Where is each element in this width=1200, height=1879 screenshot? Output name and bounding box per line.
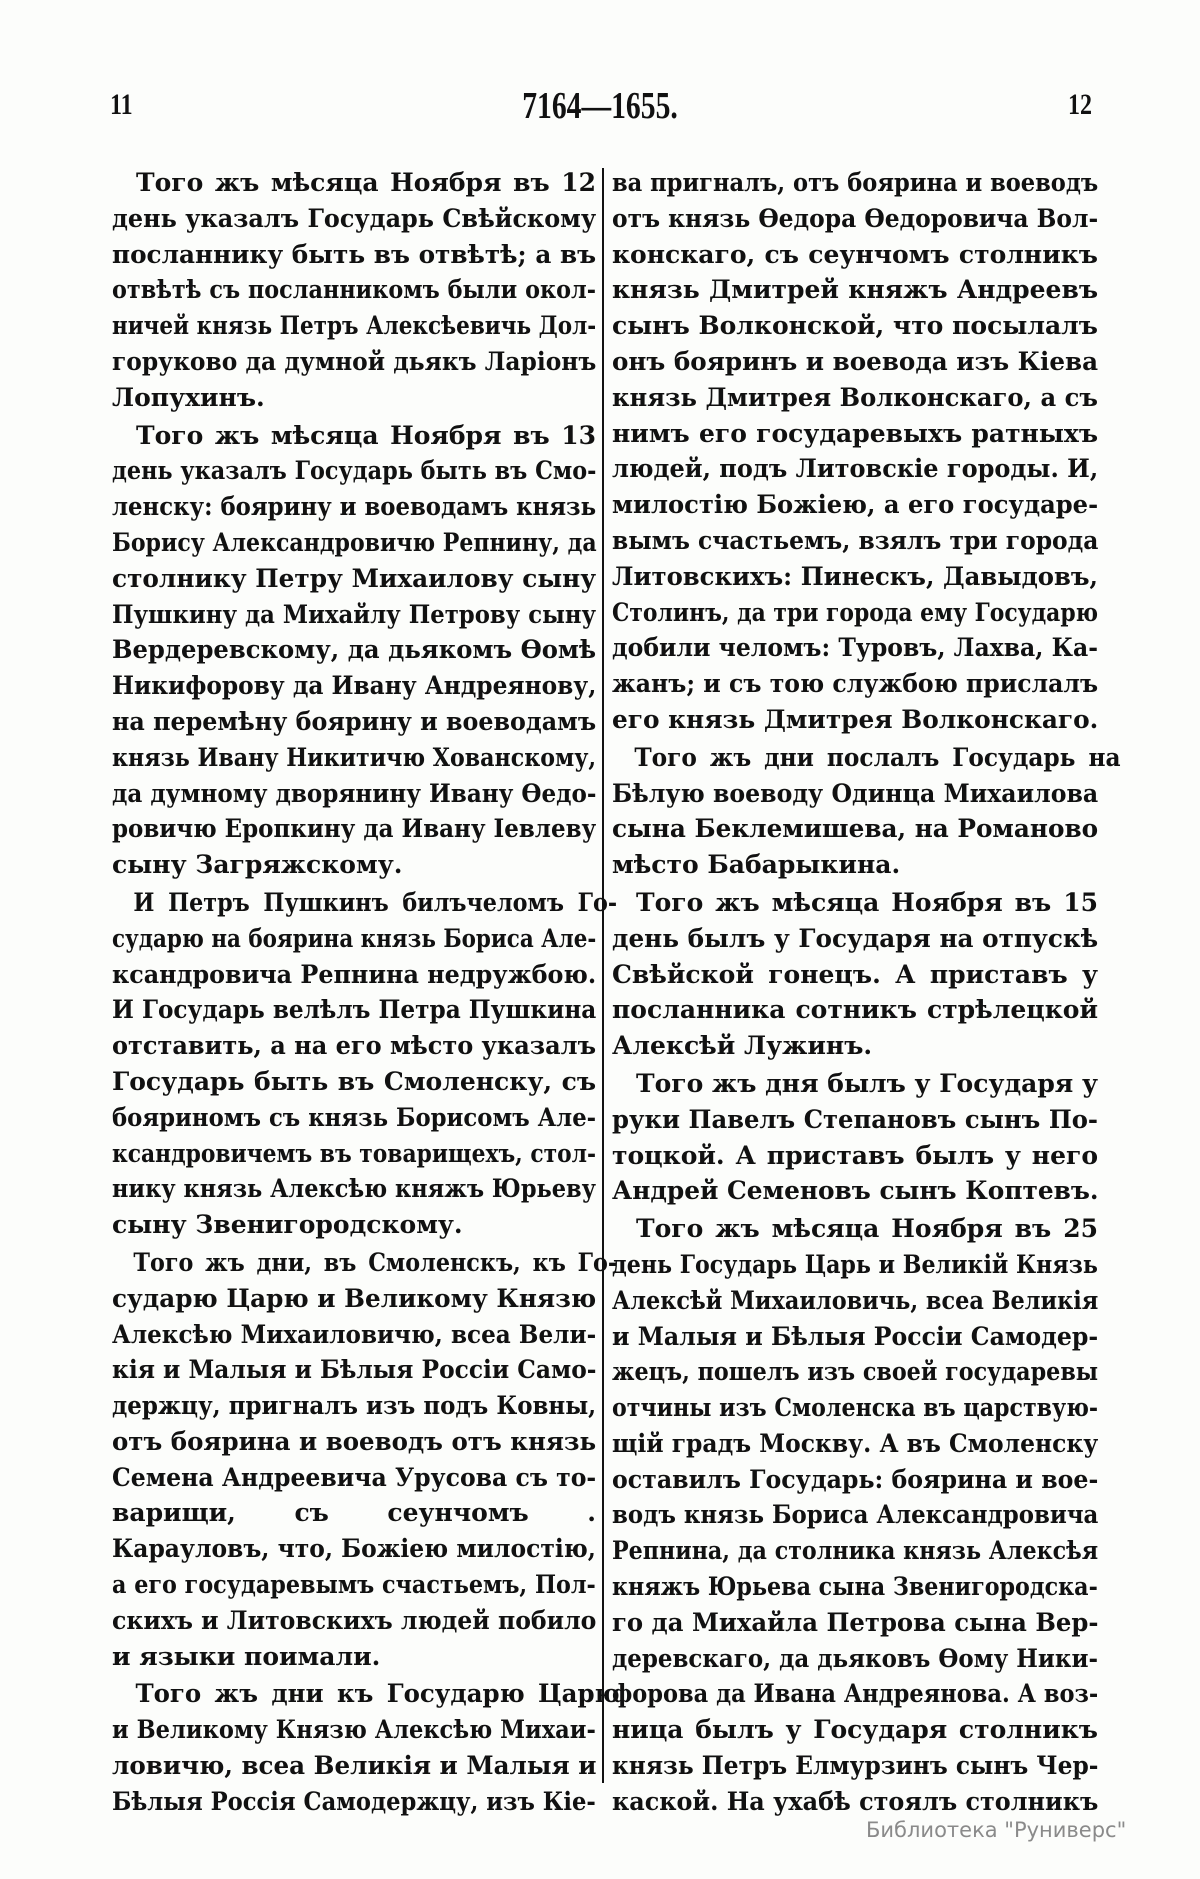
text-line: бояриномъ съ князь Борисомъ Але- (112, 1100, 596, 1136)
text-line: скихъ и Литовскихъ людей побило (112, 1603, 596, 1639)
text-line: Бѣлыя Россія Самодержцу, изъ Кіе- (112, 1784, 596, 1820)
text-line: Того жъ мѣсяца Ноября въ 15 (612, 885, 1098, 921)
text-line: милостію Божіею, а его государе- (612, 487, 1098, 523)
text-line: горуково да думной дьякъ Ларіонъ (112, 344, 596, 380)
text-line: ничей князь Петръ Алексѣевичь Дол- (112, 308, 596, 344)
library-watermark: Библиотека "Руниверс" (866, 1818, 1126, 1842)
text-line: Бѣлую воеводу Одинца Михаилова (612, 776, 1098, 812)
text-line: отъ боярина и воеводъ отъ князь (112, 1424, 596, 1460)
text-line: князь Дмитрей княжъ Андреевъ (612, 272, 1098, 308)
text-line: князь Дмитрея Волконскаго, а съ (612, 380, 1098, 416)
text-line: день указалъ Государь быть въ Смо- (112, 453, 596, 489)
text-line: водъ князь Бориса Александровича (612, 1497, 1098, 1533)
text-line: тоцкой. А приставъ былъ у него (612, 1138, 1098, 1174)
text-line: Государь быть въ Смоленску, съ (112, 1064, 596, 1100)
text-line: Алексѣй Лужинъ. (612, 1028, 1098, 1064)
text-line: ровичю Еропкину да Ивану Іевлеву (112, 811, 596, 847)
text-line: деревскаго, да дьяковъ Ѳому Ники- (612, 1641, 1098, 1677)
text-line: вымъ счастьемъ, взялъ три города (612, 523, 1098, 559)
page-title: 7164—1655. (132, 84, 1068, 128)
text-line: Пушкину да Михайлу Петрову сыну (112, 597, 596, 633)
text-line: а его государевымъ счастьемъ, Пол- (112, 1567, 596, 1603)
text-line: князь Ивану Никитичю Хованскому, (112, 740, 596, 776)
text-line: сына Беклемишева, на Романово (612, 811, 1098, 847)
text-line: Алексѣй Михаиловичь, всеа Великія (612, 1283, 1098, 1319)
text-line: варищи, съ сеунчомъ . (112, 1495, 596, 1531)
text-line: и Малыя и Бѣлыя Россіи Самодер- (612, 1319, 1098, 1355)
text-line: сударю Царю и Великому Князю (112, 1281, 596, 1317)
text-line: сынъ Волконской, что посылалъ (612, 308, 1098, 344)
text-line: ксандровичемъ въ товарищехъ, стол- (112, 1136, 596, 1172)
text-line: день Государь Царь и Великій Князь (612, 1247, 1098, 1283)
right-column: ва пригналъ, отъ боярина и воеводъотъ кн… (612, 165, 1098, 1820)
text-line: оставилъ Государь: боярина и вое- (612, 1462, 1098, 1498)
text-line: Литовскихъ: Пинескъ, Давыдовъ, (612, 559, 1098, 595)
text-line: Того жъ дни, въ Смоленскъ, къ Го- (112, 1245, 617, 1281)
text-line: Того жъ мѣсяца Ноября въ 25 (612, 1211, 1098, 1247)
text-line: Свѣйской гонецъ. А приставъ у (612, 957, 1098, 993)
text-line: кія и Малыя и Бѣлыя Россіи Само- (112, 1352, 596, 1388)
text-line: каской. На ухабѣ стоялъ столникъ (612, 1784, 1098, 1820)
text-line: ленску: боярину и воеводамъ князь (112, 489, 596, 525)
text-line: Того жъ дня былъ у Государя у (612, 1066, 1098, 1102)
text-line: Того жъ мѣсяца Ноября въ 12 (112, 165, 596, 201)
text-line: Того жъ мѣсяца Ноября въ 13 (112, 418, 596, 454)
text-line: нимъ его государевыхъ ратныхъ (612, 416, 1098, 452)
text-line: на перемѣну боярину и воеводамъ (112, 704, 596, 740)
text-line: отставить, а на его мѣсто указалъ (112, 1028, 596, 1064)
text-line: форова да Ивана Андреянова. А воз- (612, 1676, 1098, 1712)
text-line: нику князь Алексѣю княжъ Юрьеву (112, 1171, 596, 1207)
text-line: сыну Звенигородскому. (112, 1207, 596, 1243)
text-line: отъ князь Ѳедора Ѳедоровича Вол- (612, 201, 1098, 237)
text-line: мѣсто Бабарыкина. (612, 847, 1098, 883)
text-line: Алексѣю Михаиловичю, всеа Вели- (112, 1317, 596, 1353)
text-line: Андрей Семеновъ сынъ Коптевъ. (612, 1173, 1098, 1209)
text-line: Лопухинъ. (112, 380, 596, 416)
text-line: ловичю, всеа Великія и Малыя и (112, 1748, 596, 1784)
text-line: князь Петръ Елмурзинъ сынъ Чер- (612, 1748, 1098, 1784)
text-line: ва пригналъ, отъ боярина и воеводъ (612, 165, 1098, 201)
column-divider (602, 168, 604, 1783)
text-line: сударю на боярина князь Бориса Але- (112, 921, 596, 957)
text-line: да думному дворянину Ивану Ѳедо- (112, 776, 596, 812)
text-line: Того жъ дни послалъ Государь на (612, 740, 1121, 776)
page-number-right: 12 (1068, 88, 1092, 122)
text-line: его князь Дмитрея Волконскаго. (612, 702, 1098, 738)
text-line: Того жъ дни къ Государю Царю (112, 1676, 620, 1712)
text-line: Никифорову да Ивану Андреянову, (112, 668, 596, 704)
text-line: столнику Петру Михаилову сыну (112, 561, 596, 597)
left-column: Того жъ мѣсяца Ноября въ 12день указалъ … (112, 165, 596, 1820)
text-line: И Государь велѣлъ Петра Пушкина (112, 992, 596, 1028)
text-line: Столинъ, да три города ему Государю (612, 595, 1098, 631)
text-line: отчины изъ Смоленска въ царствую- (612, 1390, 1098, 1426)
page-number-left: 11 (110, 88, 133, 122)
text-line: сыну Загряжскому. (112, 847, 596, 883)
text-line: Карауловъ, что, Божіею милостію, (112, 1531, 596, 1567)
text-line: жанъ; и съ тою службою прислалъ (612, 666, 1098, 702)
text-line: день указалъ Государь Свѣйскому (112, 201, 596, 237)
text-line: добили челомъ: Туровъ, Лахва, Ка- (612, 630, 1098, 666)
text-line: держцу, пригналъ изъ подъ Ковны, (112, 1388, 596, 1424)
text-line: отвѣтѣ съ посланникомъ были окол- (112, 272, 596, 308)
text-line: и Великому Князю Алексѣю Михаи- (112, 1712, 596, 1748)
text-line: Семена Андреевича Урусова съ то- (112, 1460, 596, 1496)
text-line: ница былъ у Государя столникъ (612, 1712, 1098, 1748)
text-line: ксандровича Репнина недружбою. (112, 957, 596, 993)
text-line: посланника сотникъ стрѣлецкой (612, 992, 1098, 1028)
text-line: Вердеревскому, да дьякомъ Ѳомѣ (112, 632, 596, 668)
text-line: посланнику быть въ отвѣтѣ; а въ (112, 237, 596, 273)
text-line: руки Павелъ Степановъ сынъ По- (612, 1102, 1098, 1138)
text-line: щій градъ Москву. А въ Смоленску (612, 1426, 1098, 1462)
text-line: княжъ Юрьева сына Звенигородска- (612, 1569, 1098, 1605)
text-line: го да Михайла Петрова сына Вер- (612, 1605, 1098, 1641)
text-line: и языки поимали. (112, 1639, 596, 1675)
text-line: день былъ у Государя на отпускѣ (612, 921, 1098, 957)
text-line: Борису Александровичю Репнину, да (112, 525, 596, 561)
text-line: жецъ, пошелъ изъ своей государевы (612, 1354, 1098, 1390)
text-line: конскаго, съ сеунчомъ столникъ (612, 237, 1098, 273)
text-line: онъ бояринъ и воевода изъ Кіева (612, 344, 1098, 380)
text-line: Репнина, да столника князь Алексѣя (612, 1533, 1098, 1569)
text-line: людей, подъ Литовскіе городы. И, (612, 451, 1098, 487)
text-line: И Петръ Пушкинъ билъчеломъ Го- (112, 885, 617, 921)
